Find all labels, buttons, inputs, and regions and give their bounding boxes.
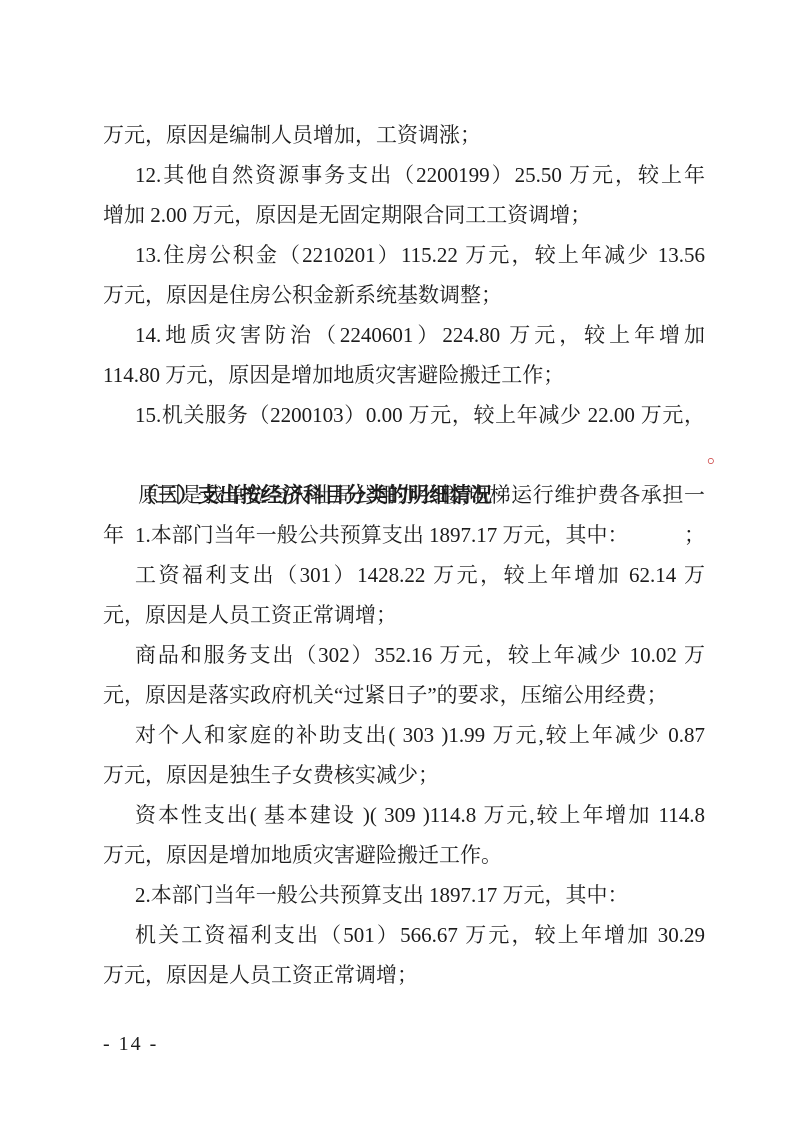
text-line: 13.住房公积金（2210201）115.22 万元，较上年减少 13.56 [103, 235, 705, 275]
text-line: 对个人和家庭的补助支出( 303 )1.99 万元,较上年减少 0.87 [103, 715, 705, 755]
text-line: 万元，原因是人员工资正常调增； [103, 955, 705, 995]
text-line: 万元，原因是独生子女费核实减少； [103, 755, 705, 795]
red-period-annotation: 。 [707, 435, 728, 475]
text-line: 商品和服务支出（302）352.16 万元，较上年减少 10.02 万 [103, 635, 705, 675]
document-text-block: 万元，原因是编制人员增加，工资调涨； 12.其他自然资源事务支出（2200199… [103, 115, 705, 995]
text-line: 14.地质灾害防治（2240601）224.80 万元，较上年增加 [103, 315, 705, 355]
text-line: 原因是我单位与人社局公用办公楼,电梯运行维护费各承担一年；。 [103, 435, 705, 475]
text-line: 万元，原因是编制人员增加，工资调涨； [103, 115, 705, 155]
text-line: 机关工资福利支出（501）566.67 万元，较上年增加 30.29 [103, 915, 705, 955]
document-page: 万元，原因是编制人员增加，工资调涨； 12.其他自然资源事务支出（2200199… [0, 0, 793, 1122]
text-line: 工资福利支出（301）1428.22 万元，较上年增加 62.14 万 [103, 555, 705, 595]
text-line: 万元，原因是增加地质灾害避险搬迁工作。 [103, 835, 705, 875]
text-line: 15.机关服务（2200103）0.00 万元，较上年减少 22.00 万元， [103, 395, 705, 435]
text-line: 增加 2.00 万元，原因是无固定期限合同工工资调增； [103, 195, 705, 235]
text-line: 万元，原因是住房公积金新系统基数调整； [103, 275, 705, 315]
section-heading: （三）支出按经济科目分类的明细情况 [103, 475, 705, 515]
text-line: 12.其他自然资源事务支出（2200199）25.50 万元，较上年 [103, 155, 705, 195]
text-line: 114.80 万元，原因是增加地质灾害避险搬迁工作； [103, 355, 705, 395]
text-line: 1.本部门当年一般公共预算支出 1897.17 万元，其中： [103, 515, 705, 555]
page-number: - 14 - [103, 1030, 158, 1058]
text-line: 元，原因是落实政府机关“过紧日子”的要求，压缩公用经费； [103, 675, 705, 715]
text-line: 元，原因是人员工资正常调增； [103, 595, 705, 635]
text-line: 资本性支出( 基本建设 )( 309 )114.8 万元,较上年增加 114.8 [103, 795, 705, 835]
text-line: 2.本部门当年一般公共预算支出 1897.17 万元，其中： [103, 875, 705, 915]
